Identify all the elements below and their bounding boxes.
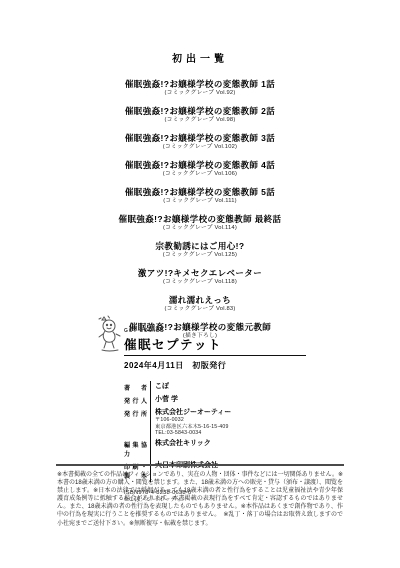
footer-divider-rule xyxy=(56,464,344,466)
entry-title: 激アツ!?キメセクエレベーター xyxy=(0,268,400,278)
colophon-page: 初出一覧 催眠強姦!?お嬢様学校の変態教師 1話 (コミックグレープ Vol.9… xyxy=(0,0,400,568)
entry-source: (コミックグレープ Vol.106) xyxy=(0,170,400,178)
book-title: 催眠セプテット xyxy=(124,335,316,353)
entry-title: 宗教勧誘にはご用心!? xyxy=(0,241,400,251)
credit-label-publishing-house: 発行所 xyxy=(124,407,151,438)
publication-entry: 宗教勧誘にはご用心!? (コミックグレープ Vol.125) xyxy=(0,241,400,259)
publication-entry: 催眠強姦!?お嬢様学校の変態教師 4話 (コミックグレープ Vol.106) xyxy=(0,160,400,178)
entry-source: (コミックグレープ Vol.114) xyxy=(0,224,400,232)
publication-entry: 濡れ濡れえっち (コミックグレープ Vol.83) xyxy=(0,295,400,313)
publication-entry: 催眠強姦!?お嬢様学校の変態教師 3話 (コミックグレープ Vol.102) xyxy=(0,133,400,151)
entry-title: 催眠強姦!?お嬢様学校の変態教師 最終話 xyxy=(0,214,400,224)
credits-table: 著者 こぽ 発行人 小菅 学 発行所 株式会社ジーオーティー 〒106-0032… xyxy=(124,381,294,482)
publication-date: 2024年4月11日 初版発行 xyxy=(124,360,316,371)
credit-label-editing: 編集協力 xyxy=(124,438,151,460)
first-publication-heading: 初出一覧 xyxy=(0,50,400,65)
entry-source: (コミックグレープ Vol.118) xyxy=(0,278,400,286)
title-underline xyxy=(124,355,306,356)
entry-title: 濡れ濡れえっち xyxy=(0,295,400,305)
entry-title: 催眠強姦!?お嬢様学校の変態教師 1話 xyxy=(0,79,400,89)
publication-entry: 催眠強姦!?お嬢様学校の変態教師 5話 (コミックグレープ Vol.111) xyxy=(0,187,400,205)
entry-title: 催眠強姦!?お嬢様学校の変態教師 3話 xyxy=(0,133,400,143)
publisher-phone: TEL:03-5843-0034 xyxy=(155,430,294,437)
credit-label-publisher-person: 発行人 xyxy=(124,394,151,407)
mascot-doodle-illustration xyxy=(96,314,126,354)
entry-source: (コミックグレープ Vol.102) xyxy=(0,143,400,151)
credit-value-editing: 株式会社キリック xyxy=(151,438,294,460)
first-publication-section: 初出一覧 催眠強姦!?お嬢様学校の変態教師 1話 (コミックグレープ Vol.9… xyxy=(0,50,400,349)
entry-title: 催眠強姦!?お嬢様学校の変態教師 5話 xyxy=(0,187,400,197)
publication-entry: 催眠強姦!?お嬢様学校の変態教師 1話 (コミックグレープ Vol.92) xyxy=(0,79,400,97)
publication-entry: 催眠強姦!?お嬢様学校の変態教師 最終話 (コミックグレープ Vol.114) xyxy=(0,214,400,232)
imprint-label: GOT COMICS xyxy=(124,328,316,334)
credit-label-author: 著者 xyxy=(124,381,151,394)
credit-value-author: こぽ xyxy=(151,381,294,394)
entry-source: (コミックグレープ Vol.92) xyxy=(0,89,400,97)
credit-value-publisher-person: 小菅 学 xyxy=(151,394,294,407)
publication-entry: 激アツ!?キメセクエレベーター (コミックグレープ Vol.118) xyxy=(0,268,400,286)
publication-entry: 催眠強姦!?お嬢様学校の変態教師 2話 (コミックグレープ Vol.98) xyxy=(0,106,400,124)
credit-value-publishing-house: 株式会社ジーオーティー 〒106-0032 東京都港区六本木5-16-15-40… xyxy=(151,407,294,438)
entry-title: 催眠強姦!?お嬢様学校の変態教師 2話 xyxy=(0,106,400,116)
entry-source: (コミックグレープ Vol.98) xyxy=(0,116,400,124)
entry-source: (コミックグレープ Vol.111) xyxy=(0,197,400,205)
publisher-name: 株式会社ジーオーティー xyxy=(155,409,294,418)
publisher-address: 東京都港区六本木5-16-15-409 xyxy=(155,424,294,431)
publisher-postal-code: 〒106-0032 xyxy=(155,417,294,424)
entry-source: (コミックグレープ Vol.125) xyxy=(0,251,400,259)
entry-title: 催眠強姦!?お嬢様学校の変態教師 4話 xyxy=(0,160,400,170)
legal-disclaimer-text: ※本書掲載の全ての作品はフィクションであり、実在の人物・団体・事件などには一切関… xyxy=(57,471,343,528)
